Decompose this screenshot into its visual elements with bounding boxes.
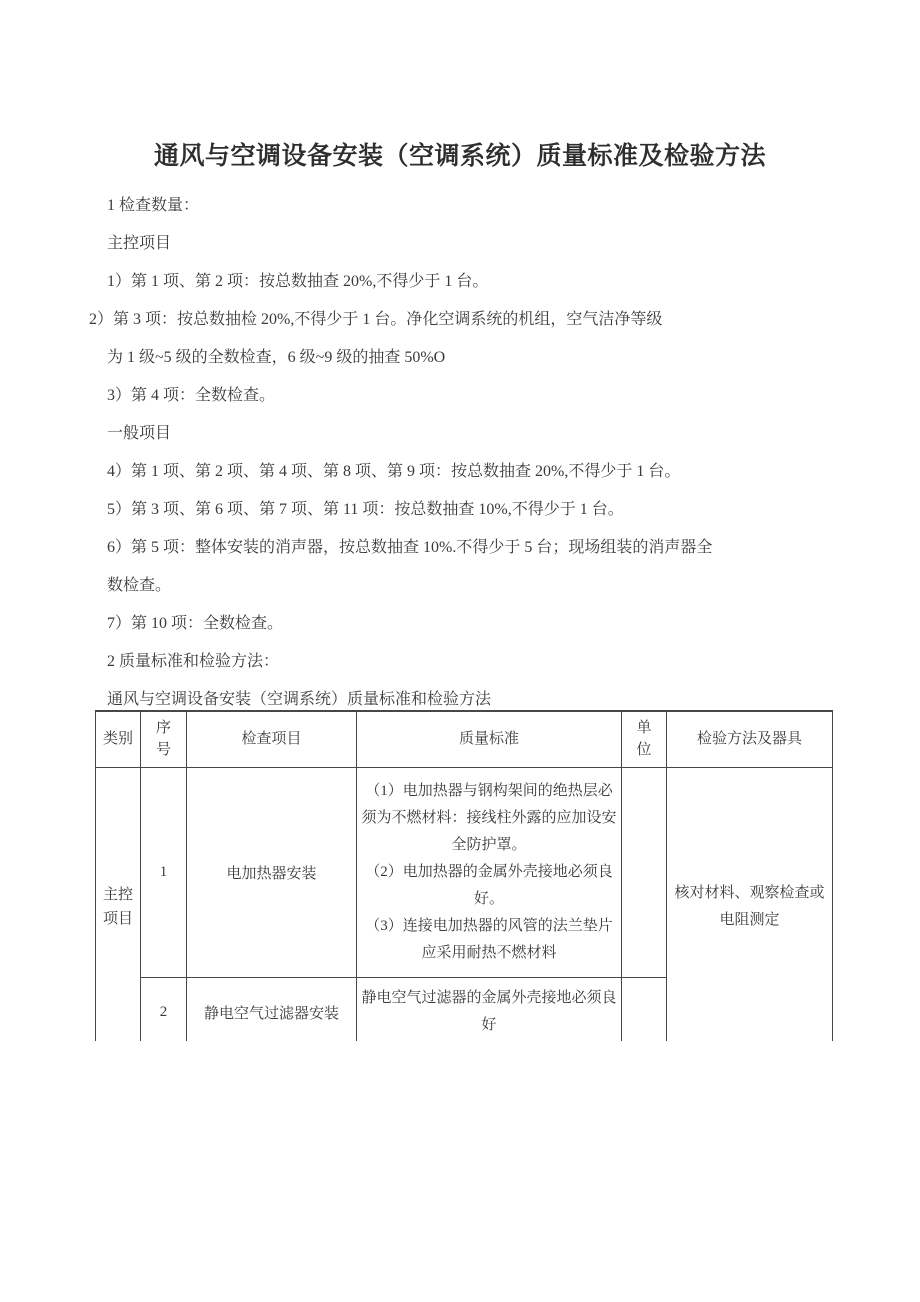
- cell-item-1: 电加热器安装: [187, 767, 357, 977]
- body-line-item-1: 1）第 1 项、第 2 项：按总数抽查 20%,不得少于 1 台。: [107, 271, 840, 292]
- cell-standard-1: （1）电加热器与钢构架间的绝热层必须为不燃材料：接线柱外露的应加设安全防护罩。 …: [357, 767, 622, 977]
- cell-unit-1: [622, 767, 667, 977]
- body-line-item-6: 6）第 5 项：整体安装的消声器，按总数抽查 10%.不得少于 5 台；现场组装…: [107, 537, 840, 558]
- header-cell-category: 类别: [96, 711, 141, 767]
- body-line-quality-standard-heading: 2 质量标准和检验方法：: [107, 651, 840, 672]
- cell-unit-2: [622, 977, 667, 1041]
- quality-table-container: 类别 序 号 检查项目 质量标准 单 位 检验方法及器具 主控项目 1 电加热器…: [95, 710, 835, 1041]
- cell-method: 核对材料、观察检查或电阻测定: [667, 767, 833, 1041]
- cell-item-2: 静电空气过滤器安装: [187, 977, 357, 1041]
- cell-seq-1: 1: [141, 767, 187, 977]
- body-line-item-3: 3）第 4 项：全数检查。: [107, 385, 840, 406]
- cell-standard-2: 静电空气过滤器的金属外壳接地必须良好: [357, 977, 622, 1041]
- body-line-item-2-cont: 为 1 级~5 级的全数检查，6 级~9 级的抽查 50%O: [107, 347, 840, 368]
- header-cell-method: 检验方法及器具: [667, 711, 833, 767]
- document-page: 通风与空调设备安装（空调系统）质量标准及检验方法 1 检查数量： 主控项目 1）…: [0, 0, 920, 1302]
- cell-category-main-control: 主控项目: [96, 767, 141, 1041]
- body-line-item-2: 2）第 3 项：按总数抽检 20%,不得少于 1 台。净化空调系统的机组，空气洁…: [89, 309, 840, 330]
- body-line-general-heading: 一般项目: [107, 423, 840, 444]
- header-cell-item: 检查项目: [187, 711, 357, 767]
- header-cell-unit: 单 位: [622, 711, 667, 767]
- body-line-item-5: 5）第 3 项、第 6 项、第 7 项、第 11 项：按总数抽查 10%,不得少…: [107, 499, 840, 520]
- standard-paragraph-2: （2）电加热器的金属外壳接地必须良好。: [361, 859, 617, 913]
- quality-standards-table: 类别 序 号 检查项目 质量标准 单 位 检验方法及器具 主控项目 1 电加热器…: [95, 710, 833, 1041]
- table-row-1: 主控项目 1 电加热器安装 （1）电加热器与钢构架间的绝热层必须为不燃材料：接线…: [96, 767, 833, 977]
- body-line-item-7: 7）第 10 项：全数检查。: [107, 613, 840, 634]
- cell-seq-2: 2: [141, 977, 187, 1041]
- document-title: 通风与空调设备安装（空调系统）质量标准及检验方法: [0, 0, 920, 173]
- standard-paragraph-4: 静电空气过滤器的金属外壳接地必须良好: [361, 985, 617, 1039]
- header-cell-standard: 质量标准: [357, 711, 622, 767]
- body-line-item-4: 4）第 1 项、第 2 项、第 4 项、第 8 项、第 9 项：按总数抽查 20…: [107, 461, 840, 482]
- body-line-check-quantity: 1 检查数量：: [107, 195, 840, 216]
- table-header-row: 类别 序 号 检查项目 质量标准 单 位 检验方法及器具: [96, 711, 833, 767]
- table-caption: 通风与空调设备安装（空调系统）质量标准和检验方法: [107, 689, 840, 710]
- header-cell-seq: 序 号: [141, 711, 187, 767]
- document-body: 1 检查数量： 主控项目 1）第 1 项、第 2 项：按总数抽查 20%,不得少…: [107, 195, 840, 710]
- body-line-item-6-cont: 数检查。: [107, 575, 840, 596]
- body-line-main-control-heading: 主控项目: [107, 233, 840, 254]
- standard-paragraph-1: （1）电加热器与钢构架间的绝热层必须为不燃材料：接线柱外露的应加设安全防护罩。: [361, 778, 617, 859]
- standard-paragraph-3: （3）连接电加热器的风管的法兰垫片应采用耐热不燃材料: [361, 913, 617, 967]
